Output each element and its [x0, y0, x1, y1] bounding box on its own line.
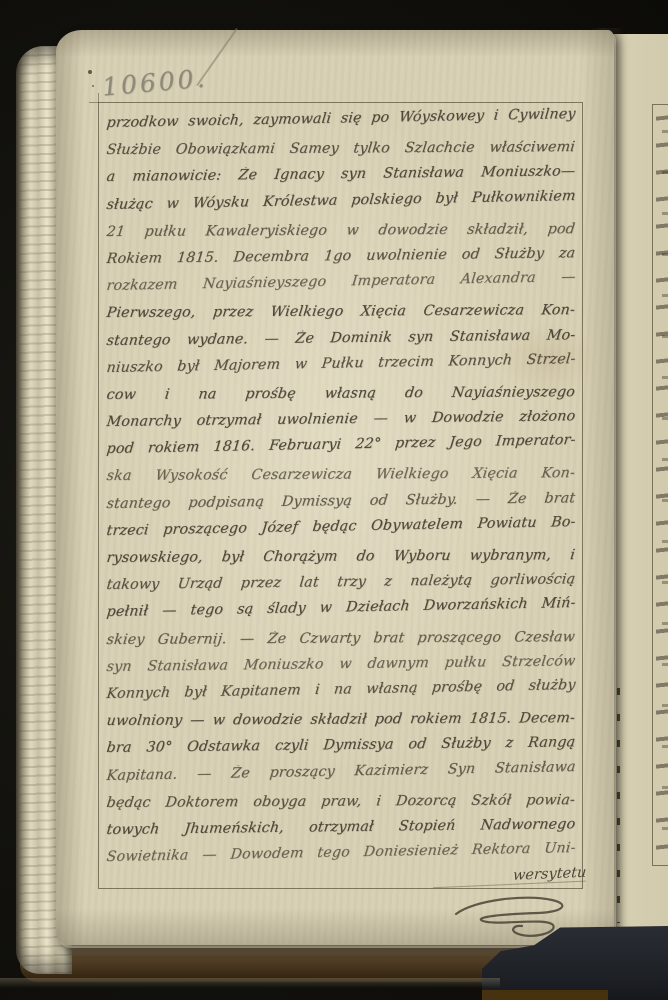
manuscript-text: przodkow swoich, zaymowali się po Wóysko… [106, 115, 574, 876]
facing-page-text-fragments [662, 130, 668, 830]
binding-stitches [617, 688, 620, 923]
pencil-stray-mark [196, 28, 238, 86]
surface-highlight [0, 978, 500, 988]
archival-page-number: 10600. [101, 63, 209, 101]
photo-background: 10600. przodkow swoich, zaymowali się po… [0, 0, 668, 1000]
manuscript-page: 10600. przodkow swoich, zaymowali się po… [56, 30, 614, 945]
ink-speck [88, 70, 92, 74]
